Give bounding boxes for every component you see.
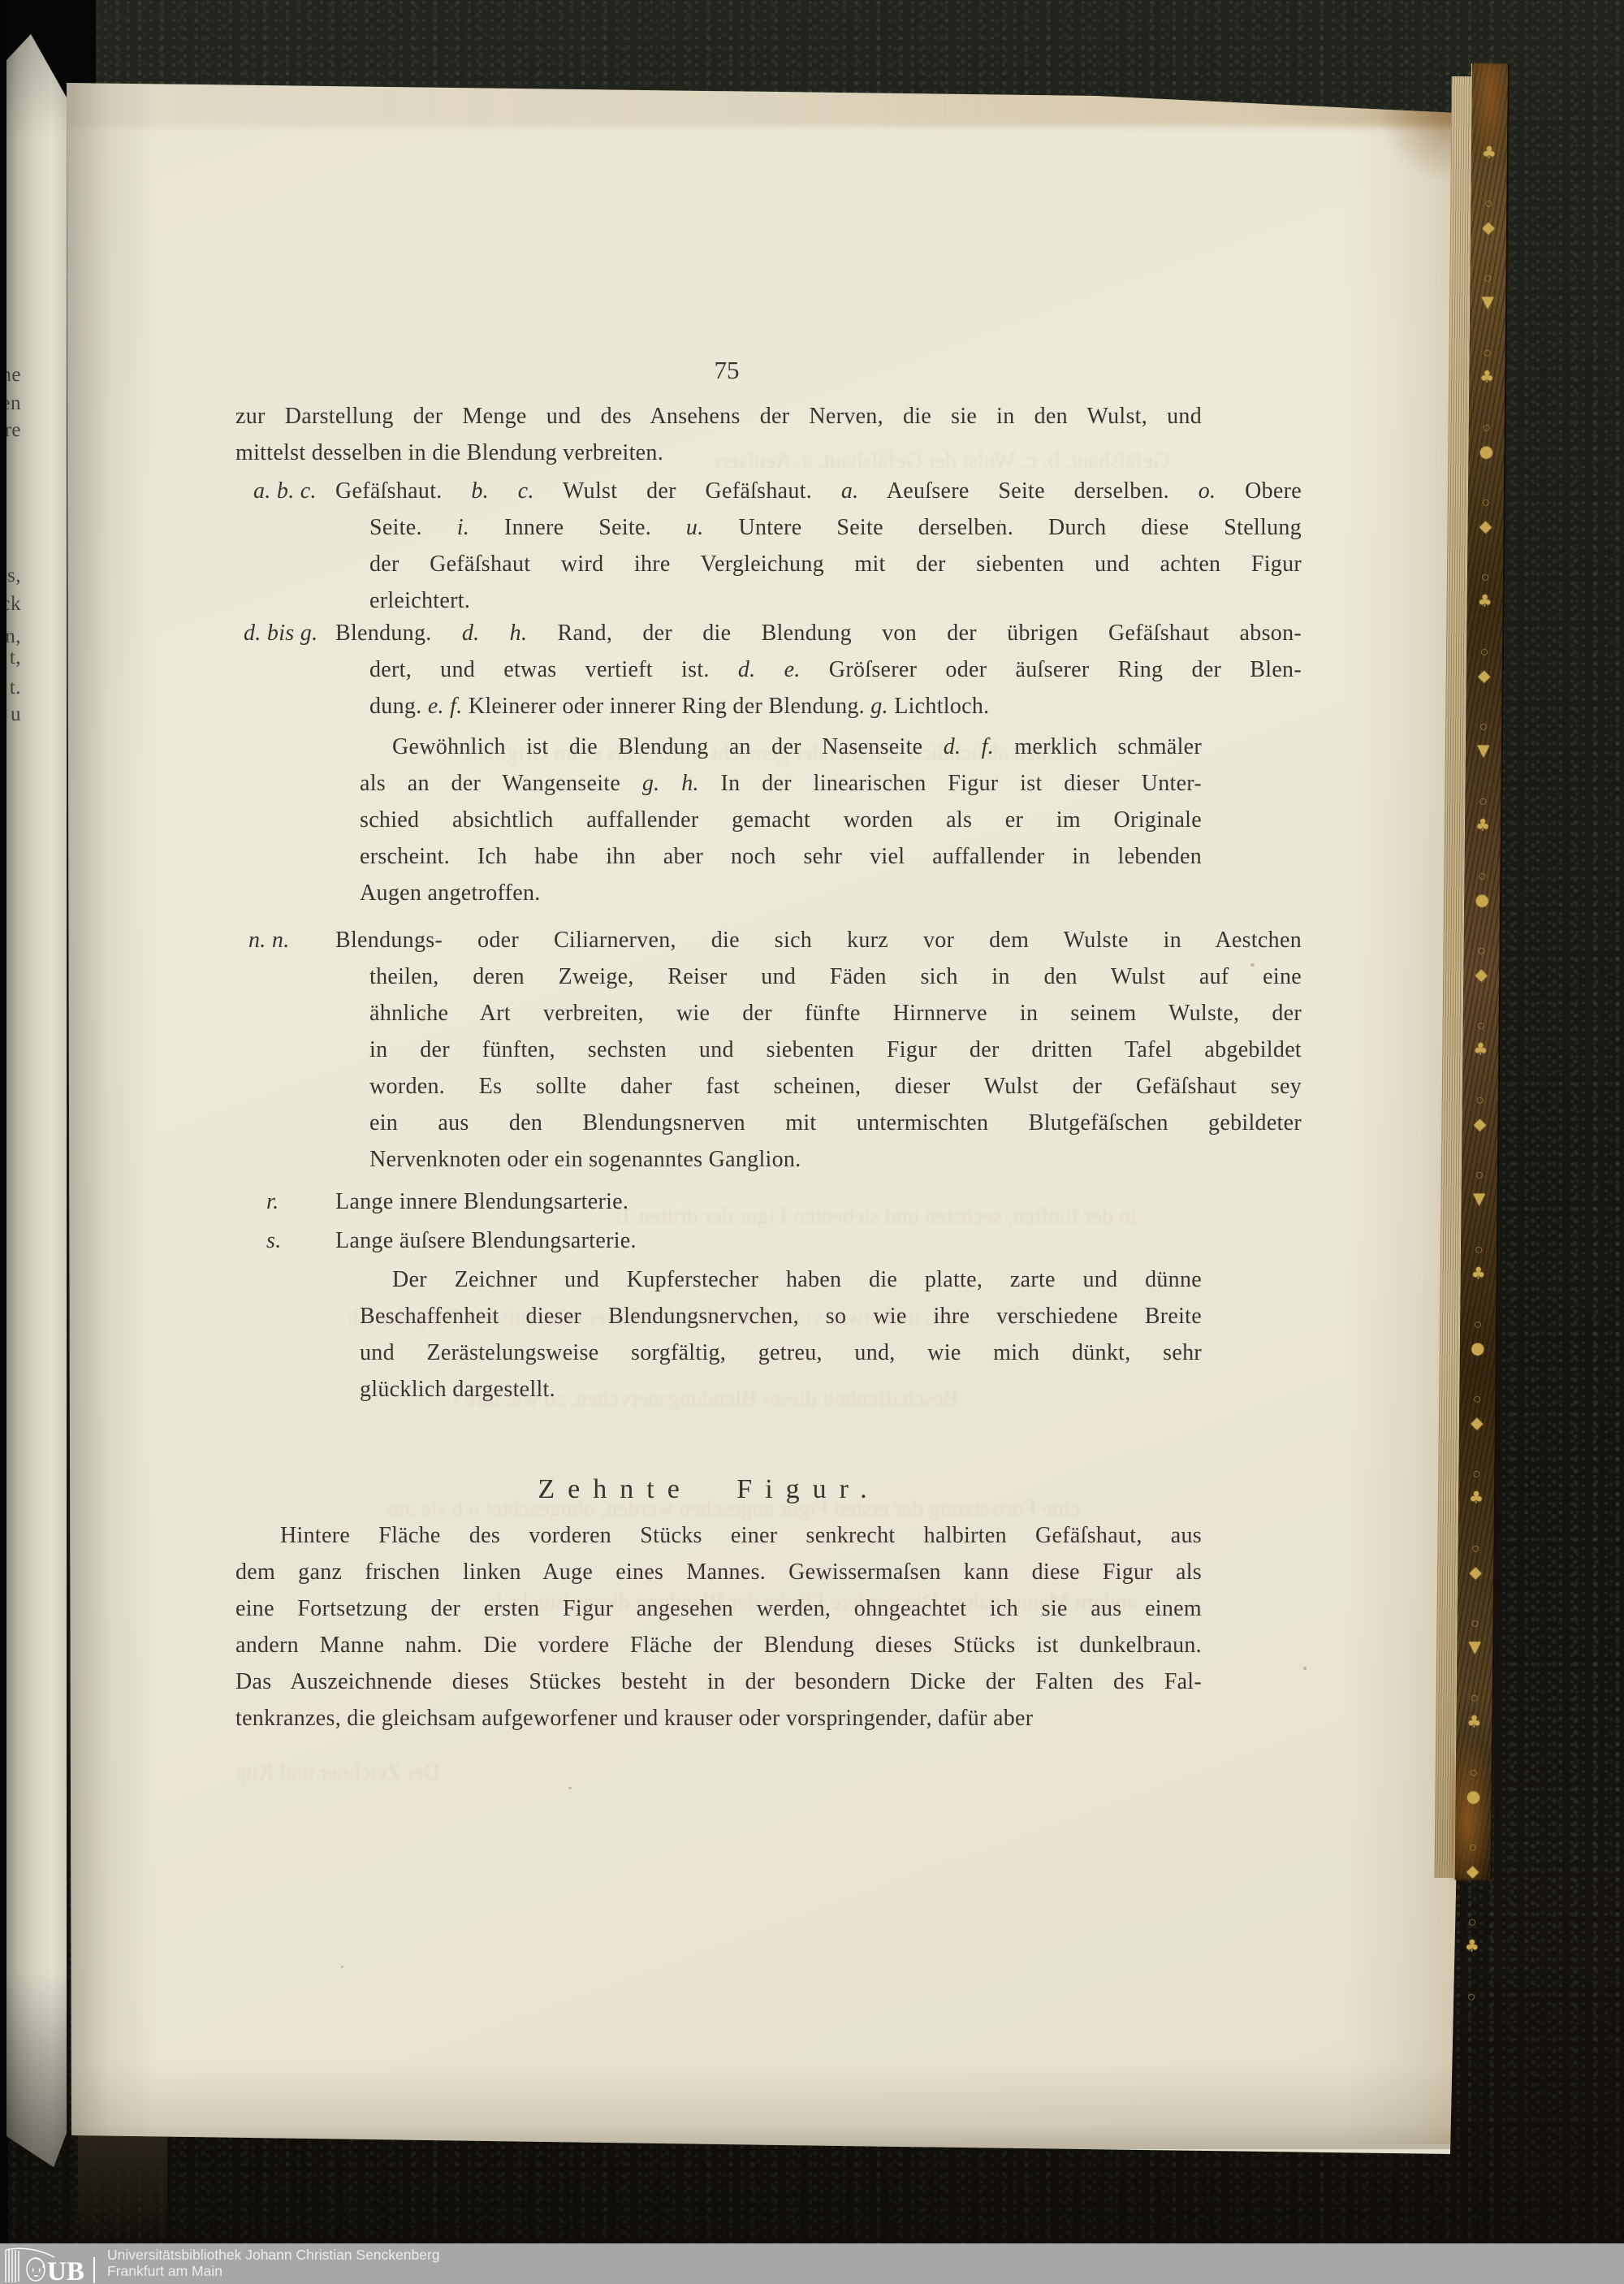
- gilt-ornament: ◆○: [1479, 512, 1492, 586]
- gilt-ornament: ◆○: [1482, 213, 1495, 288]
- gilt-ornament: ●○: [1475, 885, 1489, 960]
- text-line: Das Auszeichnende dieses Stückes besteht…: [235, 1663, 1202, 1700]
- text-line: ähnliche Art verbreiten, wie der fünfte …: [369, 995, 1302, 1032]
- text-line: glücklich dargestellt.: [360, 1371, 1202, 1408]
- facing-page-edge: inetenerels,ckn,t,t.u: [6, 23, 67, 2167]
- gilt-ornament: ♣○: [1471, 1259, 1486, 1334]
- gilt-ornament: ▼○: [1476, 736, 1489, 811]
- text-block: Der Zeichner und Kupferstecher haben die…: [360, 1261, 1202, 1408]
- text-line: Blendungs- oder Ciliarnerven, die sich k…: [335, 922, 1302, 958]
- gilt-ornament: ♣○: [1464, 1931, 1479, 2006]
- gilt-ornament: ♣○: [1475, 811, 1490, 885]
- gilt-ornament: ◆○: [1473, 1110, 1486, 1184]
- text-line: schied absichtlich auffallender gemacht …: [360, 802, 1202, 838]
- text-line: tenkranzes, die gleichsam aufgeworfener …: [235, 1700, 1202, 1737]
- text-line: Nervenknoten oder ein sogenanntes Gangli…: [369, 1141, 1302, 1178]
- gilt-ornament: ▼○: [1472, 1184, 1485, 1259]
- text-line: Seite. i. Innere Seite. u. Untere Seite …: [369, 509, 1302, 546]
- text-line: als an der Wangenseite g. h. In der line…: [360, 765, 1202, 802]
- text-line: Lange äuſsere Blendungsarterie.: [335, 1222, 1302, 1259]
- text-line: worden. Es sollte daher fast scheinen, d…: [369, 1068, 1302, 1105]
- text-block: r.Lange innere Blendungsarterie.: [235, 1183, 1302, 1220]
- gilt-ornament: ◆○: [1466, 1857, 1479, 1931]
- gilt-ornament: ◆○: [1477, 661, 1490, 736]
- text-line: der Gefäſshaut wird ihre Vergleichung mi…: [369, 546, 1302, 582]
- logo-ub-text: UB: [47, 2257, 84, 2284]
- footer-city: Frankfurt am Main: [107, 2264, 440, 2280]
- item-label: a. b. c.: [253, 473, 317, 509]
- item-label: d. bis g.: [244, 615, 317, 651]
- gilt-ornament: ◆○: [1475, 960, 1488, 1035]
- text-line: erscheint. Ich habe ihn aber noch sehr v…: [360, 838, 1202, 875]
- ub-library-logo: UB: [3, 2245, 101, 2284]
- text-block: d. bis g.Blendung. d. h. Rand, der die B…: [235, 615, 1302, 725]
- foxing-speck: [568, 1787, 572, 1789]
- text-line: in der fünften, sechsten und siebenten F…: [369, 1032, 1302, 1068]
- text-line: dert, und etwas vertieft ist. d. e. Gröſ…: [369, 651, 1302, 688]
- text-line: andern Manne nahm. Die vordere Fläche de…: [235, 1627, 1202, 1663]
- gilt-ornament: ♣○: [1466, 1707, 1482, 1782]
- facing-page-text-fragment: t.: [10, 675, 21, 701]
- item-label: n. n.: [248, 922, 290, 958]
- gilt-ornament: ▼○: [1468, 1633, 1481, 1707]
- text-line: und Zerästelungsweise sorgfältig, getreu…: [360, 1334, 1202, 1371]
- text-line: Gewöhnlich ist die Blendung an der Nasen…: [360, 729, 1202, 765]
- text-block: a. b. c.Gefäſshaut. b. c. Wulst der Gefä…: [235, 473, 1302, 619]
- text-line: dem ganz frischen linken Auge eines Mann…: [235, 1554, 1202, 1590]
- foxing-speck: [1303, 1667, 1307, 1670]
- foxing-speck: [341, 1966, 343, 1968]
- item-label: r.: [266, 1183, 279, 1220]
- text-block: Hintere Fläche des vorderen Stücks einer…: [235, 1517, 1202, 1737]
- facing-page-text-fragment: t,: [10, 645, 21, 671]
- gilt-ornament: ♣○: [1473, 1035, 1488, 1110]
- text-line: Augen angetroffen.: [360, 875, 1202, 911]
- text-line: theilen, deren Zweige, Reiser und Fäden …: [369, 958, 1302, 995]
- gilt-ornament: ●○: [1470, 1334, 1484, 1408]
- text-block: zur Darstellung der Menge und des Ansehe…: [235, 398, 1202, 471]
- text-line: Der Zeichner und Kupferstecher haben die…: [360, 1261, 1202, 1298]
- footer-institution: Universitätsbibliothek Johann Christian …: [107, 2247, 440, 2264]
- gilt-ornament: ◆○: [1471, 1408, 1484, 1483]
- page-number: 75: [244, 356, 1210, 385]
- gilt-ornament: ♣○: [1468, 1483, 1484, 1558]
- gilt-ornament: ♣○: [1479, 362, 1495, 437]
- text-line: Gefäſshaut. b. c. Wulst der Gefäſshaut. …: [335, 473, 1302, 509]
- text-line: Hintere Fläche des vorderen Stücks einer…: [235, 1517, 1202, 1554]
- page-under-shadow: [78, 2135, 167, 2245]
- text-line: dung. e. f. Kleinerer oder innerer Ring …: [369, 688, 1302, 725]
- book-page: Gefäſshaut. b. c. Wulst der Gefäſshaut. …: [0, 0, 1624, 2284]
- text-line: mittelst desselben in die Blendung verbr…: [235, 435, 1202, 471]
- footer-text: Universitätsbibliothek Johann Christian …: [107, 2247, 440, 2279]
- footer-bar: UB Universitätsbibliothek Johann Christi…: [0, 2243, 1624, 2284]
- gilt-ornament: ▼○: [1481, 288, 1494, 362]
- gutter-shadow: [67, 81, 158, 2144]
- gilt-ornament: ◆○: [1469, 1558, 1482, 1633]
- gilt-ornament: ♣○: [1481, 138, 1497, 213]
- text-line: eine Fortsetzung der ersten Figur angese…: [235, 1590, 1202, 1627]
- text-block: n. n.Blendungs- oder Ciliarnerven, die s…: [235, 922, 1302, 1178]
- text-line: Blendung. d. h. Rand, der die Blendung v…: [335, 615, 1302, 651]
- logo-page-swoosh: [6, 2248, 54, 2257]
- facing-page-text-fragment: u: [11, 702, 21, 728]
- text-line: ein aus den Blendungsnerven mit untermis…: [369, 1105, 1302, 1141]
- text-line: zur Darstellung der Menge und des Ansehe…: [235, 398, 1202, 435]
- text-line: erleichtert.: [369, 582, 1302, 619]
- show-through-text: Der Zeichner und Kupferstecher haben die…: [237, 1754, 440, 1791]
- item-label: s.: [266, 1222, 282, 1259]
- gilt-ornament: ♣○: [1477, 586, 1492, 661]
- text-block: Gewöhnlich ist die Blendung an der Nasen…: [360, 729, 1202, 911]
- section-heading: Zehnte Figur.: [226, 1465, 1192, 1514]
- text-line: Lange innere Blendungsarterie.: [335, 1183, 1302, 1220]
- gilt-ornament: ●○: [1479, 437, 1493, 512]
- text-line: Beschaffenheit dieser Blendungsnervchen,…: [360, 1298, 1202, 1334]
- bottom-edge-shadow: [69, 2061, 1458, 2149]
- gilt-ornament: ●○: [1466, 1782, 1480, 1857]
- text-block: s.Lange äuſsere Blendungsarterie.: [235, 1222, 1302, 1259]
